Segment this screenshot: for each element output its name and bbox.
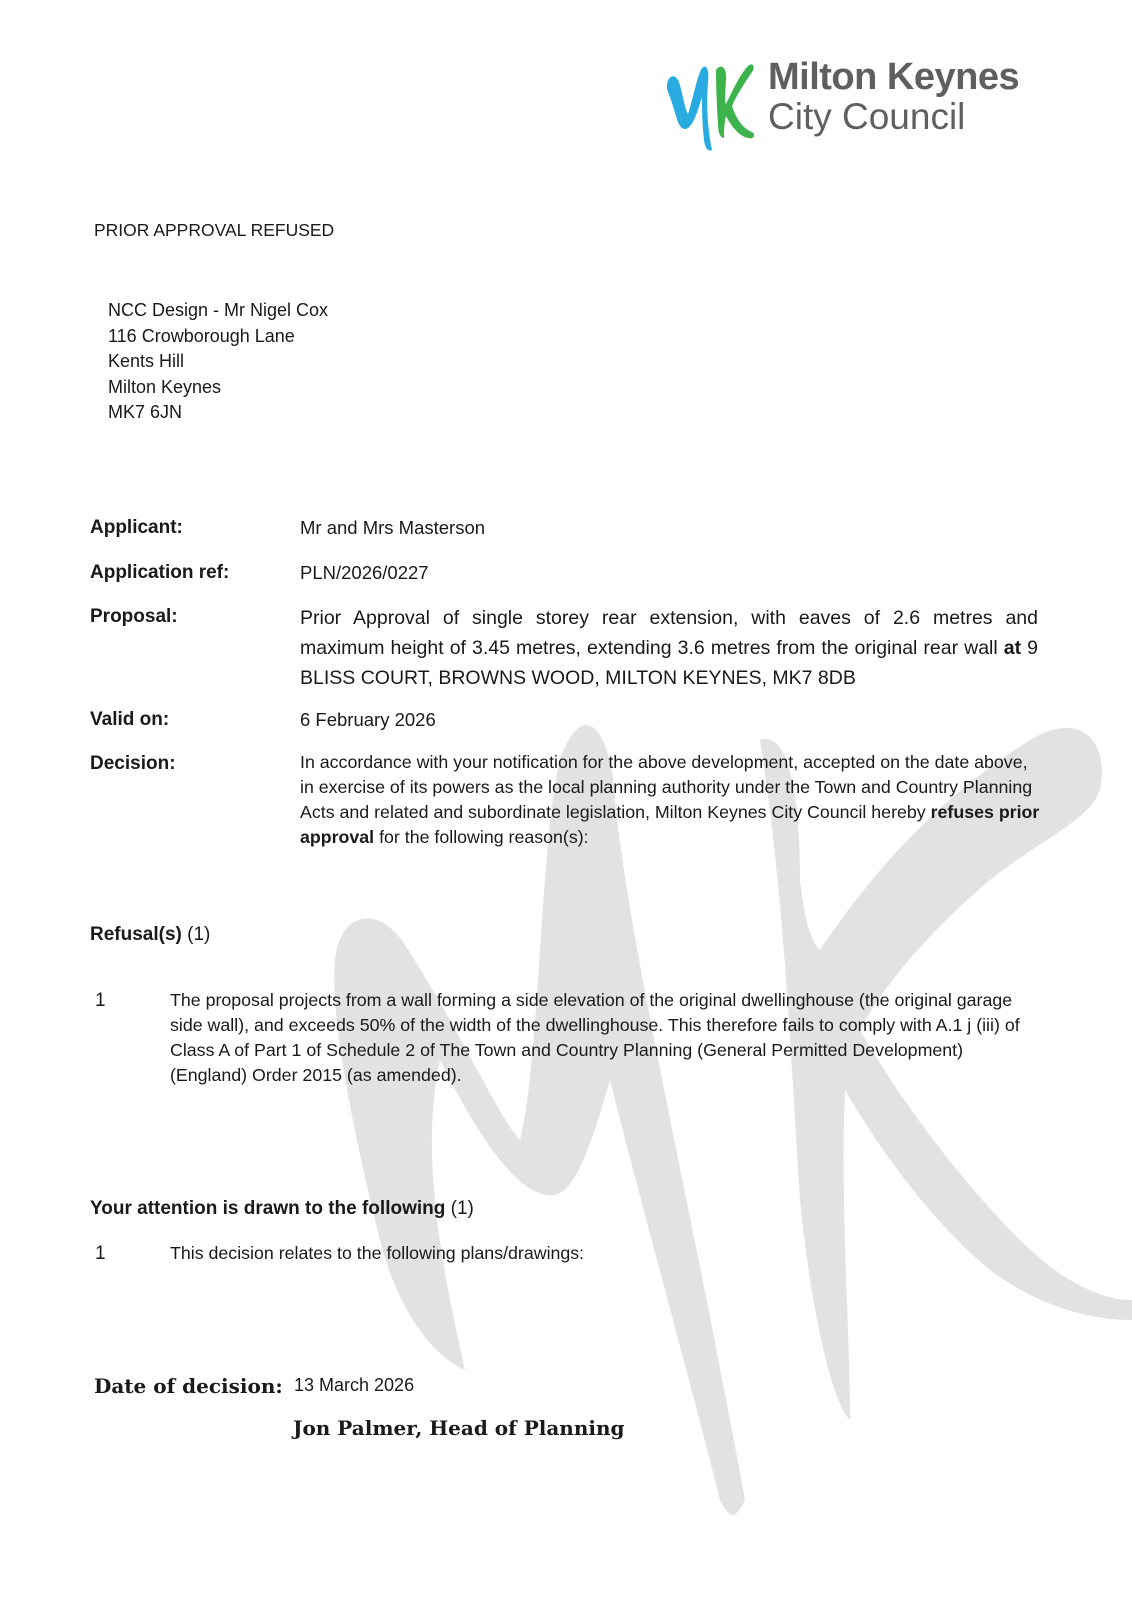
decision-text: In accordance with your notification for… bbox=[300, 750, 1040, 850]
refusals-count: (1) bbox=[187, 924, 210, 945]
address-line: Kents Hill bbox=[108, 349, 328, 375]
address-line: Milton Keynes bbox=[108, 375, 328, 401]
proposal-at-prefix: at bbox=[1004, 637, 1021, 659]
attention-item-number: 1 bbox=[95, 1243, 106, 1265]
signatory: Jon Palmer, Head of Planning bbox=[293, 1416, 625, 1440]
proposal-label: Proposal: bbox=[90, 606, 178, 628]
mk-monogram-icon bbox=[660, 52, 760, 157]
attention-item-text: This decision relates to the following p… bbox=[170, 1241, 1030, 1266]
date-of-decision-value: 13 March 2026 bbox=[294, 1375, 414, 1396]
planning-decision-notice: Milton Keynes City Council PRIOR APPROVA… bbox=[0, 0, 1132, 1600]
decision-status-heading: PRIOR APPROVAL REFUSED bbox=[94, 220, 334, 241]
application-ref-value: PLN/2026/0227 bbox=[300, 562, 429, 584]
logo-line-2: City Council bbox=[768, 98, 1019, 135]
proposal-value: Prior Approval of single storey rear ext… bbox=[300, 603, 1038, 693]
attention-count: (1) bbox=[451, 1198, 474, 1219]
applicant-label: Applicant: bbox=[90, 517, 183, 539]
application-ref-label: Application ref: bbox=[90, 562, 229, 584]
address-line: MK7 6JN bbox=[108, 400, 328, 426]
council-logo: Milton Keynes City Council bbox=[660, 52, 1060, 162]
address-line: NCC Design - Mr Nigel Cox bbox=[108, 298, 328, 324]
valid-on-label: Valid on: bbox=[90, 709, 169, 731]
applicant-value: Mr and Mrs Masterson bbox=[300, 517, 485, 539]
address-line: 116 Crowborough Lane bbox=[108, 324, 328, 350]
refusal-item-text: The proposal projects from a wall formin… bbox=[170, 988, 1030, 1088]
proposal-description: Prior Approval of single storey rear ext… bbox=[300, 607, 1038, 659]
recipient-address: NCC Design - Mr Nigel Cox 116 Crowboroug… bbox=[108, 298, 328, 426]
refusals-heading-label: Refusal(s) bbox=[90, 924, 182, 945]
attention-heading: Your attention is drawn to the following… bbox=[90, 1198, 474, 1220]
date-of-decision-label: Date of decision: bbox=[94, 1374, 283, 1398]
decision-label: Decision: bbox=[90, 753, 176, 775]
logo-line-1: Milton Keynes bbox=[768, 58, 1019, 96]
decision-text-after: for the following reason(s): bbox=[379, 827, 589, 847]
refusal-item-number: 1 bbox=[95, 990, 106, 1012]
decision-text-before: In accordance with your notification for… bbox=[300, 752, 1032, 822]
attention-heading-label: Your attention is drawn to the following bbox=[90, 1198, 445, 1219]
council-name: Milton Keynes City Council bbox=[768, 58, 1019, 135]
refusals-heading: Refusal(s) (1) bbox=[90, 924, 210, 946]
valid-on-value: 6 February 2026 bbox=[300, 709, 436, 731]
